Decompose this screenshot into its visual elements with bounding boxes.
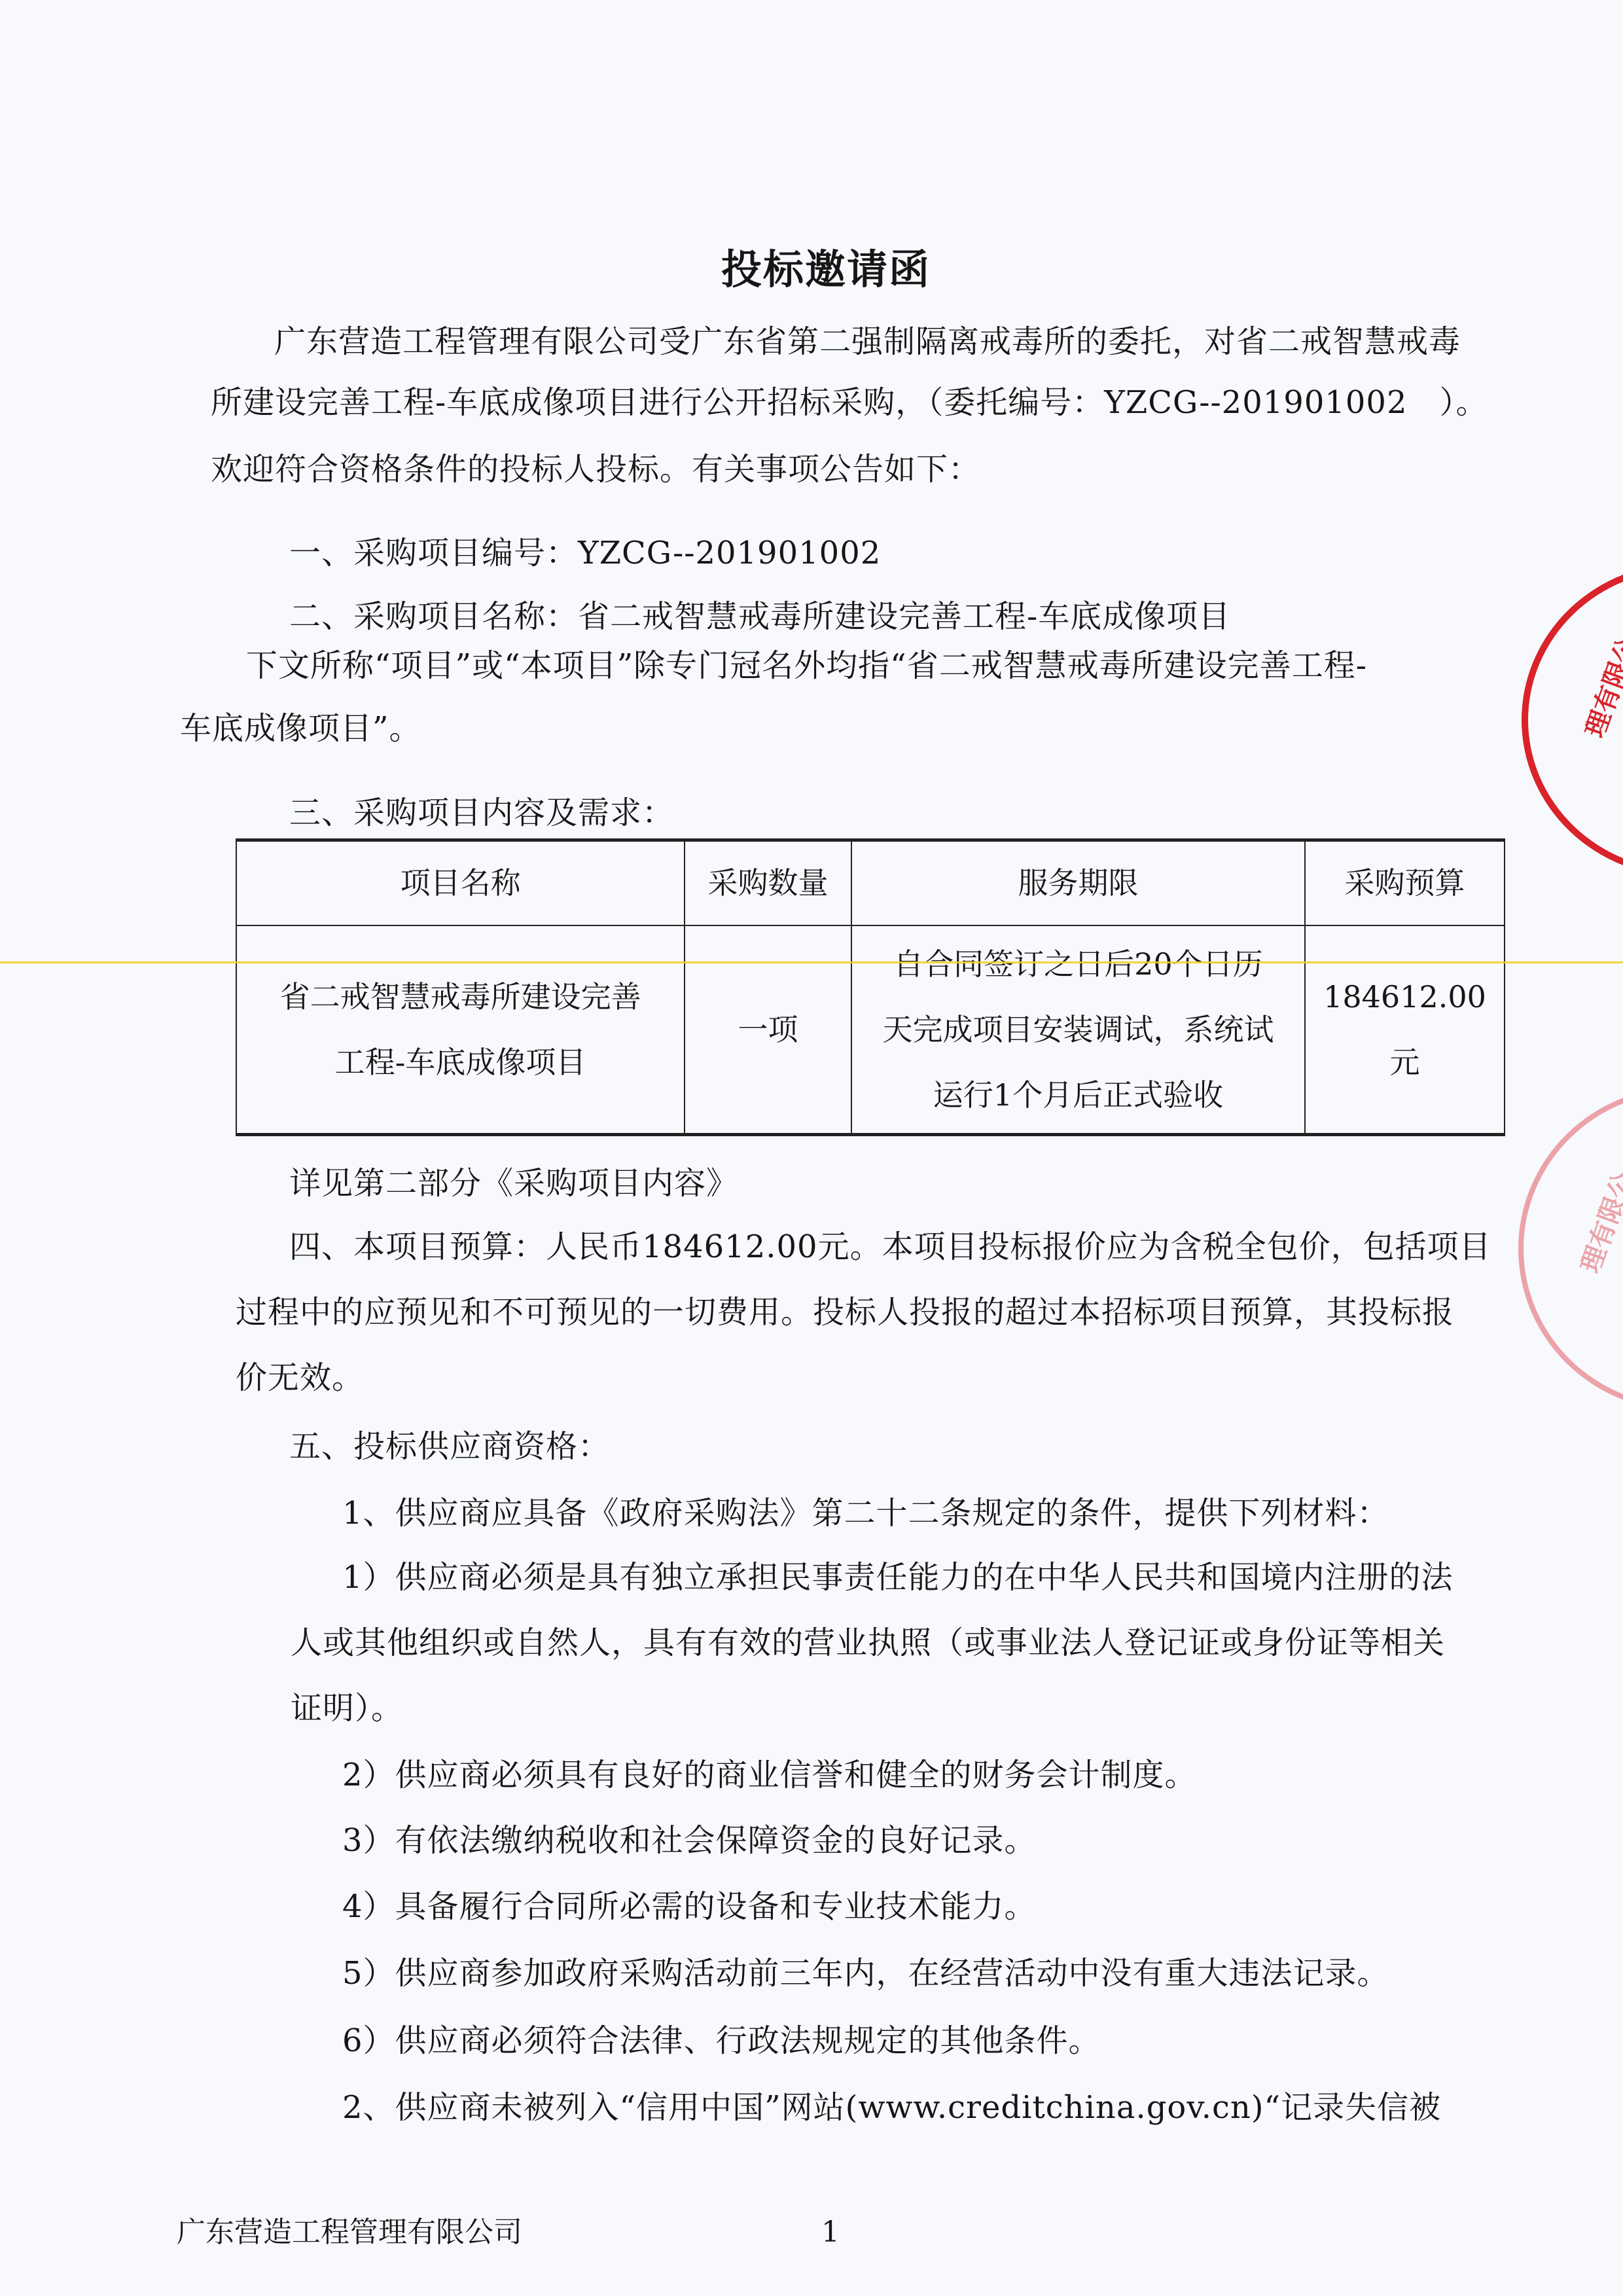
seal-bottom-text: 理有限公 <box>1570 1166 1623 1278</box>
section-2-note-line-1: 下文所称“项目”或“本项目”除专门冠名外均指“省二戒智慧戒毒所建设完善工程- <box>246 646 1367 685</box>
section-4-line-2: 过程中的应预见和不可预见的一切费用。投标人投报的超过本招标项目预算，其投标报 <box>236 1293 1454 1332</box>
qualification-1-2: 2）供应商必须具有良好的商业信誉和健全的财务会计制度。 <box>342 1755 1197 1795</box>
cell-period-line-3: 运行1个月后正式验收 <box>860 1062 1296 1128</box>
qualification-1-1-line-3: 证明）。 <box>291 1689 403 1728</box>
cell-period-line-1: 自合同签订之日后20个日历 <box>860 931 1296 997</box>
section-4-line-3: 价无效。 <box>236 1358 364 1397</box>
qualification-1: 1、供应商应具备《政府采购法》第二十二条规定的条件，提供下列材料： <box>342 1494 1389 1533</box>
footer-page-number: 1 <box>821 2215 840 2250</box>
footer-company: 广东营造工程管理有限公司 <box>177 2215 522 2250</box>
qualification-1-6: 6）供应商必须符合法律、行政法规规定的其他条件。 <box>342 2021 1101 2060</box>
cell-service-period: 自合同签订之日后20个日历 天完成项目安装调试，系统试 运行1个月后正式验收 <box>851 925 1305 1135</box>
cell-period-line-2: 天完成项目安装调试，系统试 <box>860 997 1296 1062</box>
qualification-1-5: 5）供应商参加政府采购活动前三年内，在经营活动中没有重大违法记录。 <box>342 1954 1389 1993</box>
qualification-1-1-line-2: 人或其他组织或自然人，具有有效的营业执照（或事业法人登记证或身份证等相关 <box>291 1623 1445 1662</box>
table-row: 省二戒智慧戒毒所建设完善 工程-车底成像项目 一项 自合同签订之日后20个日历 … <box>236 925 1505 1135</box>
document-title: 投标邀请函 <box>0 237 1623 295</box>
header-budget: 采购预算 <box>1305 840 1505 925</box>
header-quantity: 采购数量 <box>685 840 851 925</box>
intro-line-2: 所建设完善工程-车底成像项目进行公开招标采购，（委托编号：YZCG--20190… <box>211 383 1488 422</box>
seal-top-text: 理有限公 <box>1575 631 1623 742</box>
intro-line-3: 欢迎符合资格条件的投标人投标。有关事项公告如下： <box>211 450 980 489</box>
section-2-note-line-2: 车底成像项目”。 <box>180 709 421 748</box>
cell-project-name-line-1: 省二戒智慧戒毒所建设完善 <box>245 964 676 1030</box>
cell-budget-unit: 元 <box>1313 1030 1496 1095</box>
qualification-2: 2、供应商未被列入“信用中国”网站(www.creditchina.gov.cn… <box>342 2088 1441 2127</box>
table-note: 详见第二部分《采购项目内容》 <box>289 1164 738 1203</box>
cell-quantity: 一项 <box>685 925 851 1135</box>
qualification-1-3: 3）有依法缴纳税收和社会保障资金的良好记录。 <box>342 1821 1037 1860</box>
cell-project-name: 省二戒智慧戒毒所建设完善 工程-车底成像项目 <box>236 925 685 1135</box>
header-project-name: 项目名称 <box>236 840 685 925</box>
qualification-1-1-line-1: 1）供应商必须是具有独立承担民事责任能力的在中华人民共和国境内注册的法 <box>342 1558 1454 1597</box>
cell-budget-amount: 184612.00 <box>1313 964 1496 1030</box>
red-seal-stamp-bottom: 理有限公 <box>1518 1086 1623 1411</box>
header-service-period: 服务期限 <box>851 840 1305 925</box>
section-4-line-1: 四、本项目预算：人民币184612.00元。本项目投标报价应为含税全包价，包括项… <box>289 1227 1491 1266</box>
scan-artifact-line <box>0 961 1623 963</box>
section-3-heading: 三、采购项目内容及需求： <box>289 793 674 833</box>
section-1-project-number: 一、采购项目编号：YZCG--201901002 <box>289 533 881 573</box>
section-5-heading: 五、投标供应商资格： <box>289 1427 610 1466</box>
section-2-project-name: 二、采购项目名称：省二戒智慧戒毒所建设完善工程-车底成像项目 <box>289 597 1230 636</box>
cell-budget: 184612.00 元 <box>1305 925 1505 1135</box>
table-header-row: 项目名称 采购数量 服务期限 采购预算 <box>236 840 1505 925</box>
intro-line-1: 广东营造工程管理有限公司受广东省第二强制隔离戒毒所的委托，对省二戒智慧戒毒 <box>274 322 1461 361</box>
cell-project-name-line-2: 工程-车底成像项目 <box>245 1030 676 1095</box>
red-seal-stamp-top: 理有限公 <box>1522 563 1623 877</box>
procurement-table: 项目名称 采购数量 服务期限 采购预算 省二戒智慧戒毒所建设完善 工程-车底成像… <box>236 838 1505 1136</box>
qualification-1-4: 4）具备履行合同所必需的设备和专业技术能力。 <box>342 1887 1037 1926</box>
